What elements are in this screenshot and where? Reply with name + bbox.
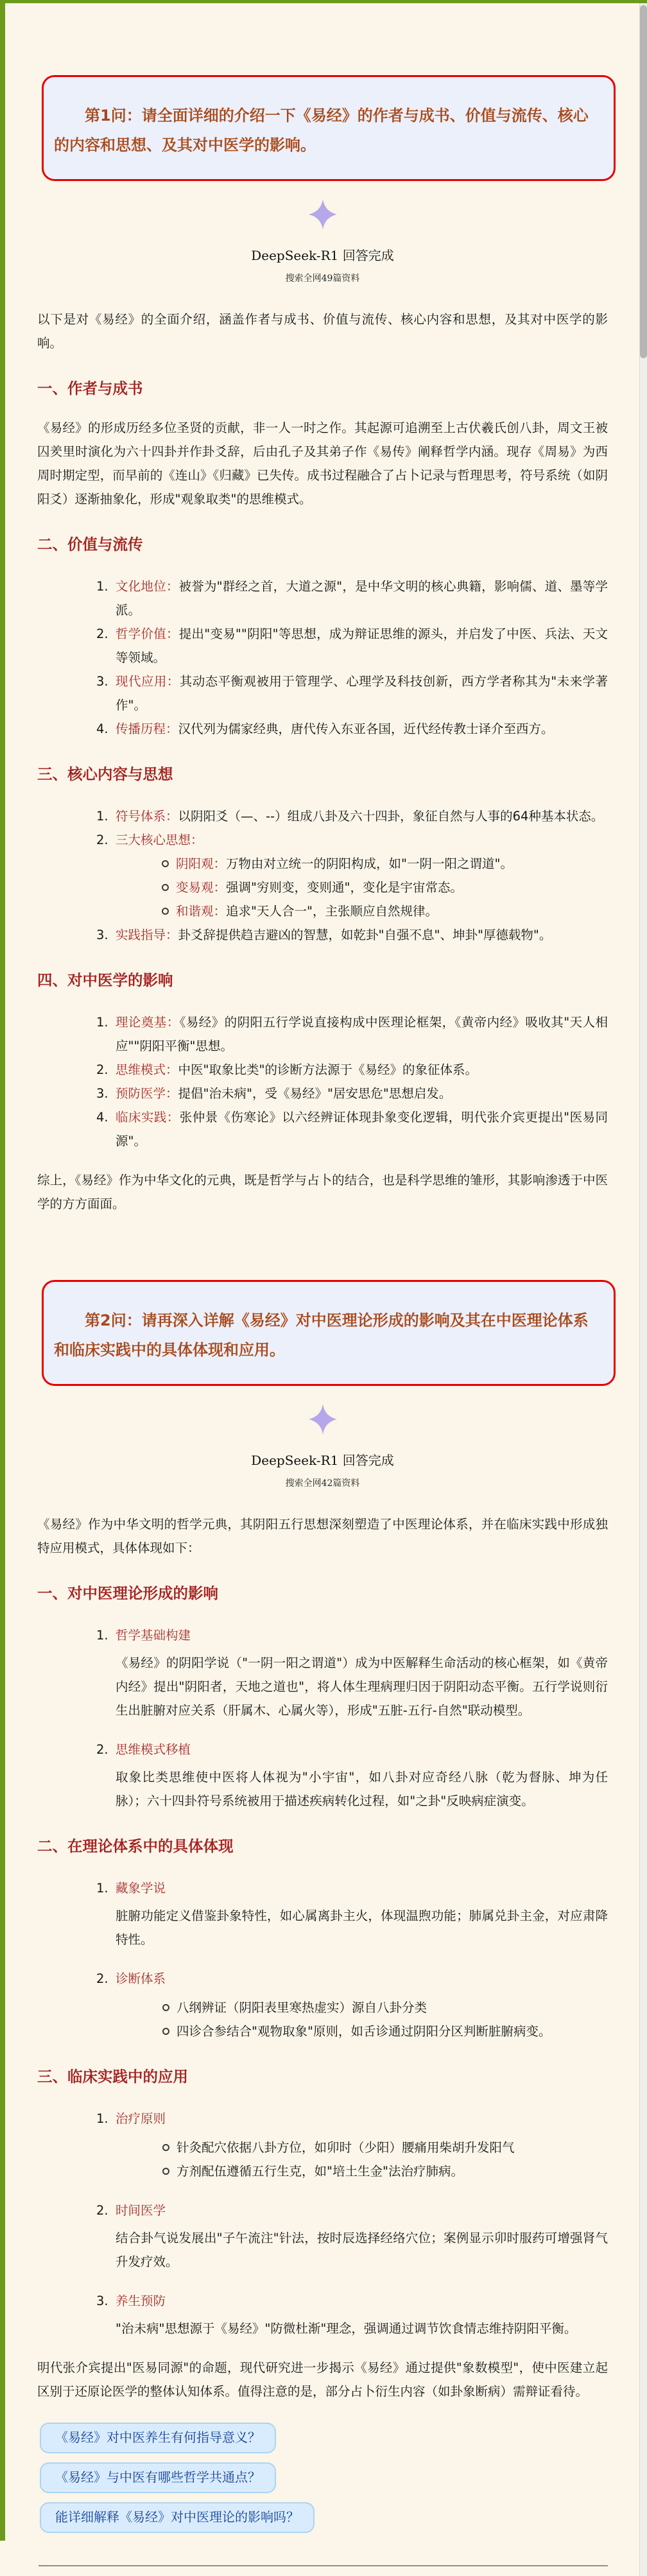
- sub-item-text: 强调"穷则变，变则通"，变化是宇宙常态。: [226, 880, 463, 895]
- core-ideas-list: 1.符号体系：以阴阳爻（—、--）组成八卦及六十四卦，象征自然与人事的64种基本…: [96, 804, 608, 947]
- item-paragraph: 《易经》的阴阳学说（"一阴一阳之谓道"）成为中医解释生命活动的核心框架，如《黄帝…: [96, 1651, 608, 1722]
- item-text: 中医"取象比类"的诊断方法源于《易经》的象征体系。: [178, 1062, 478, 1077]
- circle-bullet-icon: [162, 860, 169, 867]
- list-item: 4.传播历程：汉代列为儒家经典，唐代传入东亚各国，近代经传教士译介至西方。: [96, 717, 608, 741]
- sub-item-text: 针灸配穴依据八卦方位，如卯时（少阳）腰痛用柴胡升发阳气: [177, 2140, 515, 2155]
- item-label: 时间医学: [116, 2203, 166, 2218]
- sparkle-icon: [308, 1404, 338, 1435]
- item-label: 实践指导：: [116, 928, 178, 942]
- sub-item-text: 追求"天人合一"，主张顺应自然规律。: [226, 904, 438, 919]
- item-paragraph: 取象比类思维使中医将人体视为"小宇宙"，如八卦对应奇经八脉（乾为督脉、坤为任脉）…: [96, 1765, 608, 1813]
- chat-page: 第1问：请全面详细的介绍一下《易经》的作者与成书、价值与流传、核心的内容和思想、…: [0, 0, 647, 2576]
- answer-2-source-count: 搜索全网42篇资料: [37, 1476, 608, 1489]
- item-text: 被誉为"群经之首，大道之源"，是中华文明的核心典籍，影响儒、道、墨等学派。: [116, 579, 608, 618]
- authorship-paragraph: 《易经》的形成历经多位圣贤的贡献，非一人一时之作。其起源可追溯至上古伏羲氏创八卦…: [37, 416, 608, 511]
- value-list: 1.文化地位：被誉为"群经之首，大道之源"，是中华文明的核心典籍，影响儒、道、墨…: [96, 575, 608, 741]
- sub-item-label: 变易观：: [176, 880, 226, 895]
- list-item: 2.哲学价值：提出"变易""阴阳"等思想，成为辩证思维的源头，并启发了中医、兵法…: [96, 622, 608, 670]
- answer-1-body: 以下是对《易经》的全面介绍，涵盖作者与成书、价值与流传、核心内容和思想，及其对中…: [37, 307, 608, 1216]
- list-item: 1.符号体系：以阴阳爻（—、--）组成八卦及六十四卦，象征自然与人事的64种基本…: [96, 804, 608, 828]
- item-text: 以阴阳爻（—、--）组成八卦及六十四卦，象征自然与人事的64种基本状态。: [178, 809, 604, 824]
- circle-bullet-icon: [162, 2004, 169, 2011]
- item-number: 1.: [96, 1623, 108, 1647]
- numbered-item: 1.治疗原则 针灸配穴依据八卦方位，如卯时（少阳）腰痛用柴胡升发阳气 方剂配伍遵…: [96, 2107, 608, 2183]
- section-heading-value: 二、价值与流传: [37, 530, 608, 559]
- item-number: 2.: [96, 1738, 108, 1761]
- item-number: 1.: [96, 2107, 108, 2131]
- item-label: 哲学价值：: [116, 627, 179, 641]
- item-heading: 2.时间医学: [96, 2199, 608, 2222]
- suggested-question-chip[interactable]: 能详细解释《易经》对中医理论的影响吗？: [40, 2502, 315, 2533]
- sub-list-item: 四诊合参结合"观物取象"原则，如舌诊通过阴阳分区判断脏腑病变。: [157, 2019, 608, 2043]
- item-number: 1.: [96, 1876, 108, 1900]
- item-number: 2.: [96, 828, 108, 852]
- item-label: 思维模式移植: [116, 1742, 191, 1757]
- sub-item-label: 阴阳观：: [176, 856, 226, 871]
- sub-item-text: 八纲辨证（阴阳表里寒热虚实）源自八卦分类: [177, 2000, 427, 2015]
- section-heading-theory-system: 二、在理论体系中的具体体现: [37, 1832, 608, 1861]
- item-text: 汉代列为儒家经典，唐代传入东亚各国，近代经传教士译介至西方。: [178, 722, 554, 736]
- treatment-sublist: 针灸配穴依据八卦方位，如卯时（少阳）腰痛用柴胡升发阳气 方剂配伍遵循五行生克，如…: [157, 2136, 608, 2183]
- item-number: 2.: [96, 1058, 108, 1082]
- item-text: 张仲景《伤寒论》以六经辨证体现卦象变化逻辑，明代张介宾更提出"医易同源"。: [116, 1110, 608, 1148]
- item-label: 预防医学：: [116, 1086, 178, 1101]
- item-number: 3.: [96, 2289, 108, 2313]
- item-paragraph: 结合卦气说发展出"子午流注"针法，按时辰选择经络穴位；案例显示卯时服药可增强肾气…: [96, 2226, 608, 2274]
- question-1-text: 第1问：请全面详细的介绍一下《易经》的作者与成书、价值与流传、核心的内容和思想、…: [54, 101, 603, 160]
- item-paragraph: 脏腑功能定义借鉴卦象特性，如心属离卦主火，体现温煦功能；肺属兑卦主金，对应肃降特…: [96, 1904, 608, 1951]
- sub-list-item: 方剂配伍遵循五行生克，如"培土生金"法治疗肺病。: [157, 2159, 608, 2183]
- sub-list-item: 和谐观：追求"天人合一"，主张顺应自然规律。: [157, 899, 608, 923]
- item-number: 1.: [96, 1010, 108, 1034]
- circle-bullet-icon: [162, 2168, 169, 2175]
- item-number: 3.: [96, 1082, 108, 1105]
- item-label: 临床实践：: [116, 1110, 180, 1125]
- item-number: 3.: [96, 923, 108, 947]
- sub-list-item: 阴阳观：万物由对立统一的阴阳构成，如"一阴一阳之谓道"。: [157, 852, 608, 876]
- item-text: 提出"变易""阴阳"等思想，成为辩证思维的源头，并启发了中医、兵法、天文等领域。: [116, 627, 608, 665]
- item-text: 其动态平衡观被用于管理学、心理学及科技创新，西方学者称其为"未来学著作"。: [116, 674, 608, 713]
- item-label: 传播历程：: [116, 722, 178, 736]
- suggested-questions: 《易经》对中医养生有何指导意义？ 《易经》与中医有哪些哲学共通点？ 能详细解释《…: [40, 2423, 608, 2533]
- sub-item-text: 万物由对立统一的阴阳构成，如"一阴一阳之谓道"。: [226, 856, 513, 871]
- answer-2-summary: 明代张介宾提出"医易同源"的命题，现代研究进一步揭示《易经》通过提供"象数模型"…: [37, 2356, 608, 2403]
- item-paragraph: "治未病"思想源于《易经》"防微杜渐"理念，强调通过调节饮食情志维持阴阳平衡。: [96, 2317, 608, 2340]
- suggested-question-chip[interactable]: 《易经》与中医有哪些哲学共通点？: [40, 2462, 276, 2493]
- item-number: 3.: [96, 670, 108, 693]
- item-heading: 3.养生预防: [96, 2289, 608, 2313]
- question-2-bubble: 第2问：请再深入详解《易经》对中医理论形成的影响及其在中医理论体系和临床实践中的…: [42, 1280, 616, 1386]
- item-text: 卦爻辞提供趋吉避凶的智慧，如乾卦"自强不息"、坤卦"厚德载物"。: [178, 928, 552, 942]
- item-label: 藏象学说: [116, 1881, 166, 1896]
- sub-list-item: 针灸配穴依据八卦方位，如卯时（少阳）腰痛用柴胡升发阳气: [157, 2136, 608, 2159]
- item-label: 符号体系：: [116, 809, 178, 824]
- top-border-bar: [0, 0, 647, 3]
- item-label: 治疗原则: [116, 2111, 166, 2126]
- numbered-item: 3.养生预防 "治未病"思想源于《易经》"防微杜渐"理念，强调通过调节饮食情志维…: [96, 2289, 608, 2340]
- numbered-item: 1.藏象学说 脏腑功能定义借鉴卦象特性，如心属离卦主火，体现温煦功能；肺属兑卦主…: [96, 1876, 608, 1951]
- section-heading-theory-formation: 一、对中医理论形成的影响: [37, 1579, 608, 1608]
- item-heading: 1.藏象学说: [96, 1876, 608, 1900]
- list-item: 1.文化地位：被誉为"群经之首，大道之源"，是中华文明的核心典籍，影响儒、道、墨…: [96, 575, 608, 622]
- list-item: 2.三大核心思想： 阴阳观：万物由对立统一的阴阳构成，如"一阴一阳之谓道"。 变…: [96, 828, 608, 923]
- item-number: 1.: [96, 575, 108, 598]
- item-label: 理论奠基：: [116, 1015, 180, 1030]
- answer-1-status: DeepSeek-R1 回答完成 搜索全网49篇资料: [37, 199, 608, 284]
- list-item: 2.思维模式：中医"取象比类"的诊断方法源于《易经》的象征体系。: [96, 1058, 608, 1082]
- item-text: 提倡"治未病"，受《易经》"居安思危"思想启发。: [178, 1086, 452, 1101]
- answer-1-summary: 综上，《易经》作为中华文化的元典，既是哲学与占卜的结合，也是科学思维的雏形，其影…: [37, 1168, 608, 1216]
- item-number: 1.: [96, 804, 108, 828]
- circle-bullet-icon: [162, 908, 169, 915]
- answer-2-intro: 《易经》作为中华文明的哲学元典，其阴阳五行思想深刻塑造了中医理论体系，并在临床实…: [37, 1512, 608, 1560]
- item-heading: 1.哲学基础构建: [96, 1623, 608, 1647]
- numbered-item: 2.思维模式移植 取象比类思维使中医将人体视为"小宇宙"，如八卦对应奇经八脉（乾…: [96, 1738, 608, 1813]
- answer-2-body: 《易经》作为中华文明的哲学元典，其阴阳五行思想深刻塑造了中医理论体系，并在临床实…: [37, 1512, 608, 2533]
- tcm-influence-list: 1.理论奠基：《易经》的阴阳五行学说直接构成中医理论框架，《黄帝内经》吸收其"天…: [96, 1010, 608, 1153]
- item-label: 三大核心思想：: [116, 833, 203, 847]
- list-item: 3.预防医学：提倡"治未病"，受《易经》"居安思危"思想启发。: [96, 1082, 608, 1105]
- list-item: 3.实践指导：卦爻辞提供趋吉避凶的智慧，如乾卦"自强不息"、坤卦"厚德载物"。: [96, 923, 608, 947]
- answer-2-status: DeepSeek-R1 回答完成 搜索全网42篇资料: [37, 1404, 608, 1489]
- conversation-content: 第1问：请全面详细的介绍一下《易经》的作者与成书、价值与流传、核心的内容和思想、…: [37, 75, 608, 2533]
- item-heading: 2.思维模式移植: [96, 1738, 608, 1761]
- section-heading-clinical-practice: 三、临床实践中的应用: [37, 2062, 608, 2091]
- item-label: 思维模式：: [116, 1062, 178, 1077]
- core-ideas-sublist: 阴阳观：万物由对立统一的阴阳构成，如"一阴一阳之谓道"。 变易观：强调"穷则变，…: [157, 852, 608, 923]
- item-number: 4.: [96, 1105, 108, 1129]
- item-heading: 2.诊断体系: [96, 1967, 608, 1991]
- question-1-bubble: 第1问：请全面详细的介绍一下《易经》的作者与成书、价值与流传、核心的内容和思想、…: [42, 75, 616, 181]
- item-label: 哲学基础构建: [116, 1628, 191, 1643]
- numbered-item: 1.哲学基础构建 《易经》的阴阳学说（"一阴一阳之谓道"）成为中医解释生命活动的…: [96, 1623, 608, 1722]
- item-text: 《易经》的阴阳五行学说直接构成中医理论框架，《黄帝内经》吸收其"天人相应""阴阳…: [116, 1015, 608, 1053]
- numbered-item: 2.时间医学 结合卦气说发展出"子午流注"针法，按时辰选择经络穴位；案例显示卯时…: [96, 2199, 608, 2274]
- section-heading-core-ideas: 三、核心内容与思想: [37, 760, 608, 789]
- list-item: 1.理论奠基：《易经》的阴阳五行学说直接构成中医理论框架，《黄帝内经》吸收其"天…: [96, 1010, 608, 1058]
- section-heading-authorship: 一、作者与成书: [37, 374, 608, 403]
- scrollbar-track[interactable]: [639, 3, 647, 2576]
- item-label: 现代应用：: [116, 674, 180, 689]
- item-label: 文化地位：: [116, 579, 179, 594]
- answer-2-status-title: DeepSeek-R1 回答完成: [37, 1450, 608, 1469]
- suggested-question-chip[interactable]: 《易经》对中医养生有何指导意义？: [40, 2423, 276, 2453]
- sub-list-item: 八纲辨证（阴阳表里寒热虚实）源自八卦分类: [157, 1996, 608, 2019]
- sub-item-text: 方剂配伍遵循五行生克，如"培土生金"法治疗肺病。: [177, 2164, 463, 2179]
- section-heading-tcm-influence: 四、对中医学的影响: [37, 966, 608, 995]
- circle-bullet-icon: [162, 2144, 169, 2151]
- item-label: 养生预防: [116, 2294, 166, 2308]
- scrollbar-thumb[interactable]: [640, 5, 647, 358]
- answer-1-status-title: DeepSeek-R1 回答完成: [37, 245, 608, 264]
- sub-list-item: 变易观：强调"穷则变，变则通"，变化是宇宙常态。: [157, 876, 608, 899]
- sparkle-icon: [308, 199, 338, 230]
- answer-1-intro: 以下是对《易经》的全面介绍，涵盖作者与成书、价值与流传、核心内容和思想，及其对中…: [37, 307, 608, 355]
- list-item: 4.临床实践：张仲景《伤寒论》以六经辨证体现卦象变化逻辑，明代张介宾更提出"医易…: [96, 1105, 608, 1153]
- diagnosis-sublist: 八纲辨证（阴阳表里寒热虚实）源自八卦分类 四诊合参结合"观物取象"原则，如舌诊通…: [157, 1996, 608, 2043]
- item-number: 2.: [96, 1967, 108, 1991]
- item-heading: 1.治疗原则: [96, 2107, 608, 2131]
- numbered-item: 2.诊断体系 八纲辨证（阴阳表里寒热虚实）源自八卦分类 四诊合参结合"观物取象"…: [96, 1967, 608, 2043]
- item-number: 2.: [96, 2199, 108, 2222]
- circle-bullet-icon: [162, 2028, 169, 2035]
- item-number: 4.: [96, 717, 108, 741]
- answer-1-source-count: 搜索全网49篇资料: [37, 272, 608, 284]
- sub-item-text: 四诊合参结合"观物取象"原则，如舌诊通过阴阳分区判断脏腑病变。: [177, 2024, 551, 2039]
- list-item: 3.现代应用：其动态平衡观被用于管理学、心理学及科技创新，西方学者称其为"未来学…: [96, 670, 608, 717]
- sub-item-label: 和谐观：: [176, 904, 226, 919]
- circle-bullet-icon: [162, 884, 169, 891]
- item-number: 2.: [96, 622, 108, 646]
- bottom-divider: [39, 2565, 608, 2566]
- item-label: 诊断体系: [116, 1971, 166, 1986]
- left-border-bar: [0, 0, 5, 2541]
- question-2-text: 第2问：请再深入详解《易经》对中医理论形成的影响及其在中医理论体系和临床实践中的…: [54, 1306, 603, 1365]
